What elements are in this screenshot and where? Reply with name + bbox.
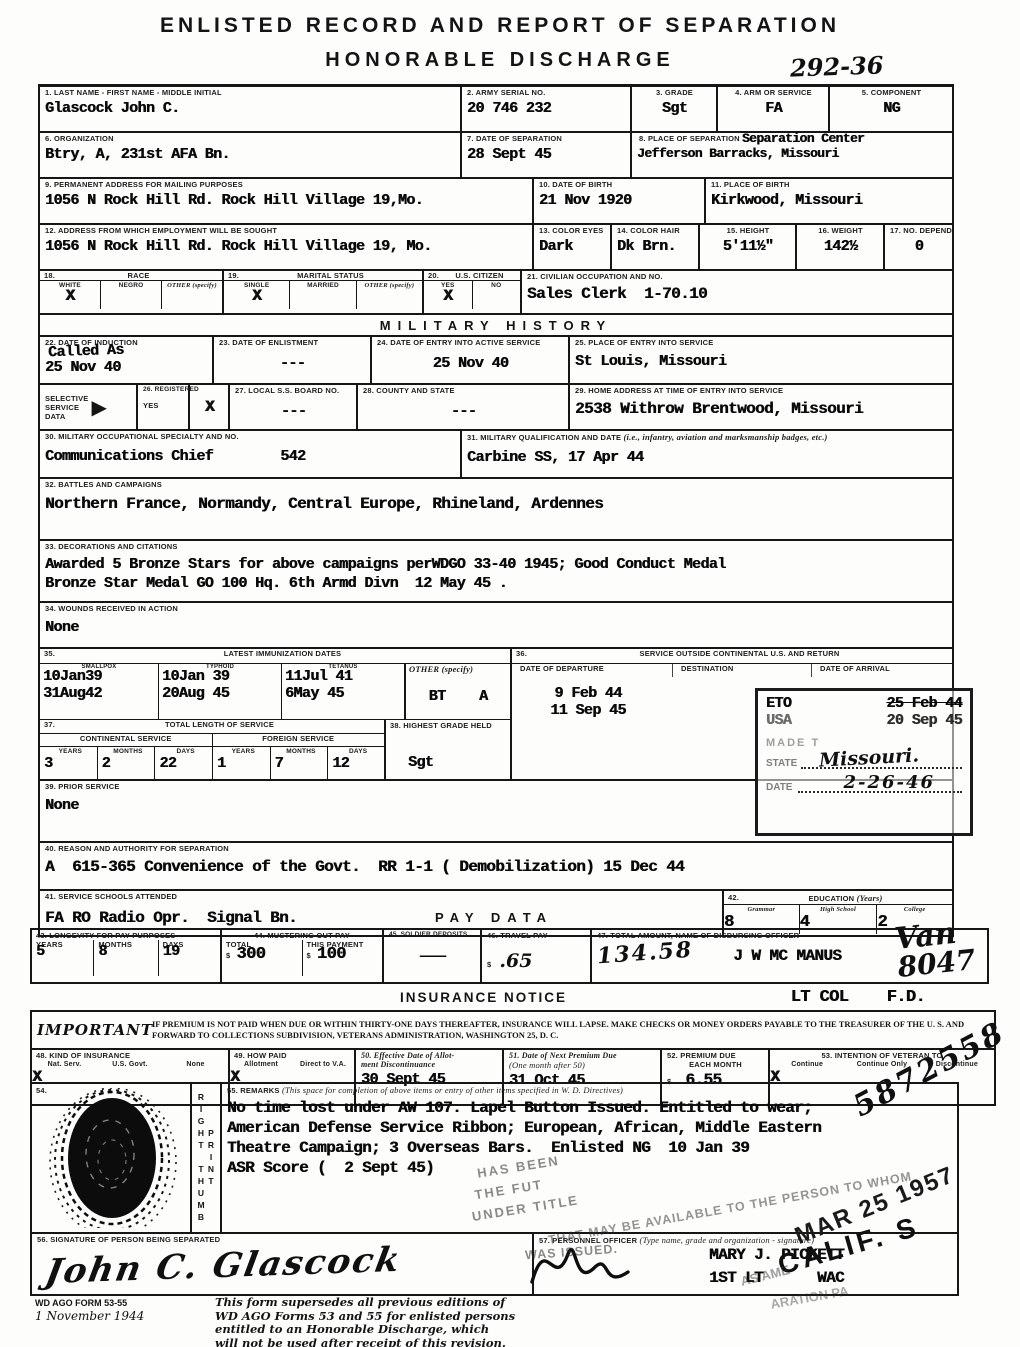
arrival-line2: 20 Sep 45 (886, 712, 962, 729)
mustering-total: TOTAL$300 (222, 940, 302, 976)
field-date-induction: 22. DATE OF INDUCTION Called As 25 Nov 4… (40, 337, 212, 383)
destination-line2: USA (766, 712, 791, 729)
fingerprint-image (40, 1088, 190, 1228)
field-component: 5. COMPONENTNG (828, 87, 952, 131)
field-date-enlistment: 23. DATE OF ENLISTMENT--- (212, 337, 370, 383)
color-eyes-value: Dark (539, 238, 606, 255)
document-title: ENLISTED RECORD AND REPORT OF SEPARATION (0, 14, 1000, 38)
place-separation-line1: Separation Center (742, 131, 864, 146)
field-home-address: 29. HOME ADDRESS AT TIME OF ENTRY INTO S… (568, 385, 952, 429)
county-state-value: --- (363, 403, 564, 420)
mos-value: Communications Chief 542 (45, 448, 456, 465)
destination-line1: ETO (766, 695, 791, 712)
continental-days: DAYS22 (154, 747, 212, 780)
registered-checkmark: X (195, 400, 224, 414)
citizen-yes-cell: YESX (424, 281, 472, 309)
remarks-line1: No time lost under AW 107. Lapel Button … (227, 1099, 953, 1117)
employment-address-value: 1056 N Rock Hill Rd. Rock Hill Village 1… (45, 238, 528, 255)
field-soldier-deposits: 45. SOLDIER DEPOSITS——— (382, 930, 480, 982)
disbursing-officer-name: J W MC MANUS (733, 947, 841, 965)
insurance-notice-header: INSURANCE NOTICE LT COL F.D. (30, 984, 985, 1010)
field-reason-separation: 40. REASON AND AUTHORITY FOR SEPARATIONA… (40, 843, 952, 889)
citizen-no-cell: NO (472, 281, 521, 309)
field-travel-pay: 46. TRAVEL PAY$.65 (480, 930, 590, 982)
field-color-eyes: 13. COLOR EYESDark (532, 225, 610, 269)
arrow-right-icon: ▶ (91, 398, 106, 418)
local-board-value: --- (235, 403, 352, 420)
field-decorations: 33. DECORATIONS AND CITATIONS Awarded 5 … (40, 541, 952, 601)
mustering-this-payment: THIS PAYMENT$100 (302, 940, 383, 976)
color-hair-value: Dk Brn. (617, 238, 694, 255)
wounds-value: None (45, 619, 948, 636)
marital-single-checkmark: X (252, 289, 262, 303)
total-length-of-service: 37.TOTAL LENGTH OF SERVICE CONTINENTAL S… (40, 720, 384, 779)
field-serial-no: 2. ARMY SERIAL NO.20 746 232 (460, 87, 630, 131)
field-race: 18.RACE WHITEX NEGRO OTHER (specify) (40, 271, 222, 313)
arrival-line1: 25 Feb 44 (886, 695, 962, 712)
field-civilian-occupation: 21. CIVILIAN OCCUPATION AND NO.Sales Cle… (520, 271, 952, 313)
active-service-value: 25 Nov 40 (377, 355, 564, 372)
stamp-date-label: DATE (766, 782, 792, 793)
remarks-line4: ASR Score ( 2 Sept 45) (227, 1159, 953, 1177)
immunization-smallpox: SMALLPOX10Jan3931Aug42 (40, 664, 158, 719)
foreign-days: DAYS12 (327, 747, 384, 780)
longevity-years: YEARS5 (32, 940, 93, 976)
mailing-address-value: 1056 N Rock Hill Rd. Rock Hill Village 1… (45, 192, 528, 209)
longevity-days: DAYS19 (158, 940, 220, 976)
field-height: 15. HEIGHT5'11½" (698, 225, 795, 269)
total-amount-handwritten: 134.58 (596, 937, 694, 970)
arm-service-value: FA (723, 100, 824, 117)
field-local-board: 27. LOCAL S.S. BOARD NO.--- (228, 385, 356, 429)
field-battles-campaigns: 32. BATTLES AND CAMPAIGNSNorthern France… (40, 479, 952, 539)
marital-single-cell: SINGLEX (224, 281, 289, 309)
field-place-of-birth: 11. PLACE OF BIRTHKirkwood, Missouri (704, 179, 952, 223)
case-number-handwritten: 292-36 (790, 50, 884, 82)
immunization-tetanus: TETANUS11Jul 416May 45 (281, 664, 404, 719)
last-name-value: Glascock John C. (45, 100, 456, 117)
departure-dates: 9 Feb 44 11 Sep 45 (512, 677, 664, 719)
military-qualification-value: Carbine SS, 17 Apr 44 (467, 449, 948, 466)
battles-campaigns-value: Northern France, Normandy, Central Europ… (45, 495, 948, 513)
place-entry-value: St Louis, Missouri (575, 353, 948, 370)
field-color-hair: 14. COLOR HAIRDk Brn. (610, 225, 698, 269)
stamp-state-label: STATE (766, 758, 797, 769)
important-word: IMPORTANT (32, 1020, 144, 1040)
field-dependents: 17. NO. DEPEND.0 (883, 225, 952, 269)
important-text: IF PREMIUM IS NOT PAID WHEN DUE OR WITHI… (144, 1017, 994, 1043)
date-separation-value: 28 Sept 45 (467, 146, 626, 163)
selective-service-label: SELECTIVE SERVICE DATA ▶ (40, 385, 136, 429)
field-last-name: 1. LAST NAME - FIRST NAME - MIDDLE INITI… (40, 87, 460, 131)
foreign-years: YEARS1 (212, 747, 270, 780)
induction-value: 25 Nov 40 (45, 359, 208, 376)
field-organization: 6. ORGANIZATIONBtry, A, 231st AFA Bn. (40, 133, 460, 177)
record-date-handwritten: 2-26-46 (843, 772, 935, 793)
field-weight: 16. WEIGHT142½ (795, 225, 883, 269)
decorations-line2: Bronze Star Medal GO 100 Hq. 6th Armd Di… (45, 575, 948, 592)
remarks-line3: Theatre Campaign; 3 Overseas Bars. Enlis… (227, 1139, 953, 1157)
race-white-checkmark: X (65, 289, 75, 303)
immunization-other: OTHER (specify)BT A (404, 664, 510, 719)
serial-no-value: 20 746 232 (467, 100, 626, 117)
field-county-state: 28. COUNTY AND STATE--- (356, 385, 568, 429)
foreign-months: MONTHS7 (270, 747, 328, 780)
field-date-active-service: 24. DATE OF ENTRY INTO ACTIVE SERVICE25 … (370, 337, 568, 383)
field-us-citizen: 20.U.S. CITIZEN YESX NO (422, 271, 520, 313)
field-mailing-address: 9. PERMANENT ADDRESS FOR MAILING PURPOSE… (40, 179, 532, 223)
field-registered: 26. REGISTEREDYES (136, 385, 188, 429)
immunization-typhoid: TYPHOID10Jan 3920Aug 45 (158, 664, 281, 719)
enlistment-value: --- (219, 355, 366, 372)
marital-other-cell: OTHER (specify) (356, 281, 422, 309)
longevity-months: MONTHS8 (93, 940, 157, 976)
remarks-line2: American Defense Service Ribbon; Europea… (227, 1119, 953, 1137)
separatee-signature: John C. Glascock (42, 1240, 404, 1292)
pay-data-header: PAY DATA (38, 908, 950, 926)
registered-checkmark-cell: X (188, 385, 228, 429)
induction-overstrike: Called As (48, 342, 124, 362)
field-mustering-out-pay: 44. MUSTERING OUT PAY TOTAL$300 THIS PAY… (220, 930, 382, 982)
field-date-separation: 7. DATE OF SEPARATION28 Sept 45 (460, 133, 630, 177)
field-separatee-signature: 56. SIGNATURE OF PERSON BEING SEPARATED … (32, 1234, 532, 1294)
thumb-print-strip: RIGHT THUMB PRINT (190, 1084, 220, 1232)
state-handwritten: Missouri. (819, 744, 920, 771)
field-highest-grade: 38. HIGHEST GRADE HELD Sgt (384, 720, 510, 779)
component-value: NG (835, 100, 948, 117)
recorder-stamp-box: ETO 25 Feb 44 USA 20 Sep 45 MADE T STATE… (755, 688, 973, 836)
race-other-cell: OTHER (specify) (161, 281, 222, 309)
place-separation-line2: Jefferson Barracks, Missouri (637, 146, 948, 161)
decorations-line1: Awarded 5 Bronze Stars for above campaig… (45, 556, 948, 573)
field-date-of-birth: 10. DATE OF BIRTH21 Nov 1920 (532, 179, 704, 223)
field-place-entry: 25. PLACE OF ENTRY INTO SERVICESt Louis,… (568, 337, 952, 383)
discharge-document: ENLISTED RECORD AND REPORT OF SEPARATION… (0, 0, 1020, 1347)
highest-grade-value: Sgt (408, 754, 506, 771)
height-value: 5'11½" (705, 238, 791, 255)
van-handwritten: Van 8047 (893, 914, 977, 984)
home-address-value: 2538 Withrow Brentwood, Missouri (575, 400, 948, 418)
civilian-occupation-value: Sales Clerk 1-70.10 (527, 285, 948, 303)
immunization-and-length-block: 35. LATEST IMMUNIZATION DATES SMALLPOX10… (40, 649, 510, 779)
field-employment-address: 12. ADDRESS FROM WHICH EMPLOYMENT WILL B… (40, 225, 532, 269)
place-of-birth-value: Kirkwood, Missouri (711, 192, 948, 209)
grade-value: Sgt (637, 100, 712, 117)
form-number-block: WD AGO FORM 53-55 1 November 1944 (35, 1298, 144, 1323)
dependents-value: 0 (890, 238, 948, 255)
weight-value: 142½ (802, 238, 879, 255)
travel-pay-value: .65 (499, 950, 532, 972)
race-white-cell: WHITEX (40, 281, 100, 309)
footer-note: This form supersedes all previous editio… (215, 1296, 535, 1347)
field-longevity: 43. LONGEVITY FOR PAY PURPOSES YEARS5 MO… (32, 930, 220, 982)
continental-years: YEARS3 (40, 747, 97, 780)
reason-separation-value: A 615-365 Convenience of the Govt. RR 1-… (45, 858, 948, 876)
marital-married-cell: MARRIED (289, 281, 355, 309)
citizen-yes-checkmark: X (443, 289, 453, 303)
field-grade: 3. GRADESgt (630, 87, 716, 131)
race-negro-cell: NEGRO (100, 281, 161, 309)
date-of-birth-value: 21 Nov 1920 (539, 192, 700, 209)
military-history-header: MILITARY HISTORY (40, 313, 952, 335)
disbursing-officer-grade: LT COL F.D. (791, 988, 925, 1007)
field-marital-status: 19.MARITAL STATUS SINGLEX MARRIED OTHER … (222, 271, 422, 313)
field-wounds: 34. WOUNDS RECEIVED IN ACTIONNone (40, 603, 952, 647)
continental-months: MONTHS2 (97, 747, 155, 780)
pay-data-block: 43. LONGEVITY FOR PAY PURPOSES YEARS5 MO… (30, 928, 989, 984)
field-military-qualification: 31. MILITARY QUALIFICATION AND DATE (i.e… (460, 431, 952, 477)
field-mos: 30. MILITARY OCCUPATIONAL SPECIALTY AND … (40, 431, 460, 477)
soldier-deposits-value: ——— (389, 948, 476, 965)
organization-value: Btry, A, 231st AFA Bn. (45, 146, 456, 163)
field-arm-service: 4. ARM OR SERVICEFA (716, 87, 828, 131)
thumb-print-box: 54. (32, 1084, 190, 1232)
field-place-separation: 8. PLACE OF SEPARATIONSeparation Center … (630, 133, 952, 177)
